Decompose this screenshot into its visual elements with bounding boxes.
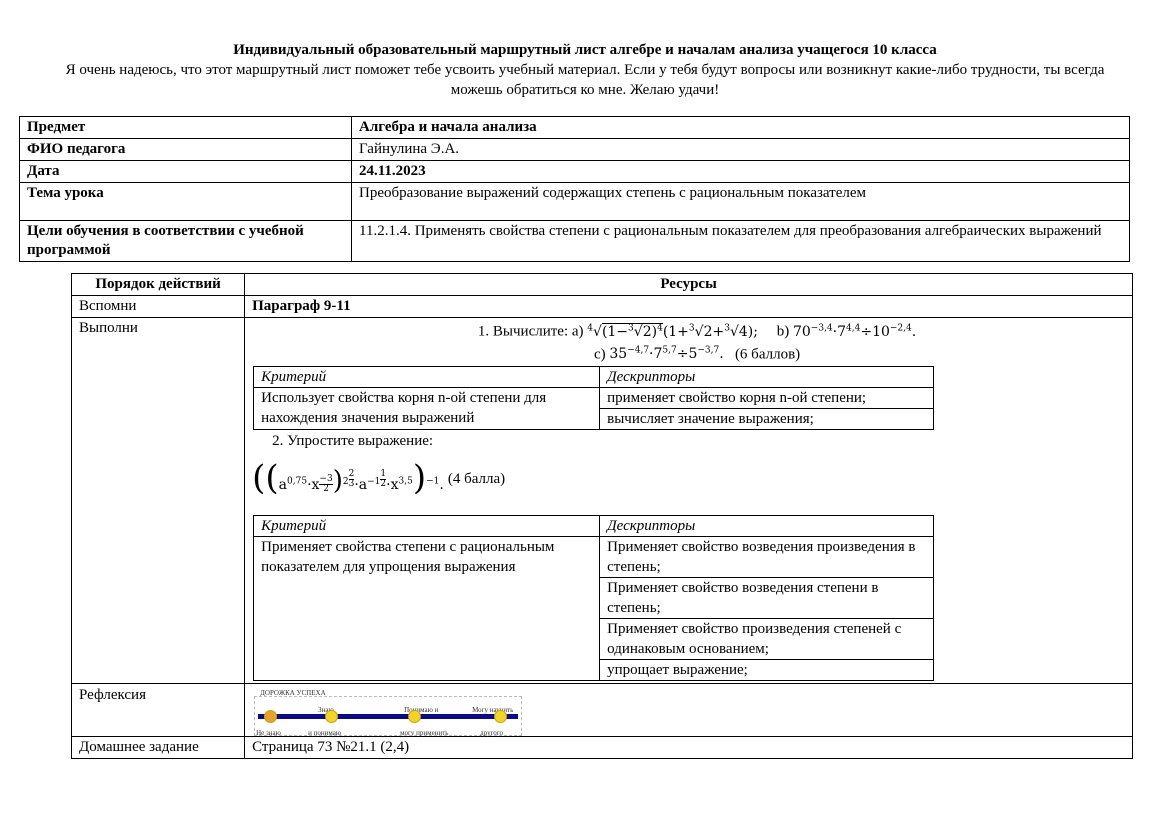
row-resource: Страница 73 №21.1 (2,4) <box>245 737 1133 759</box>
task2-criteria-table: Критерий Дескрипторы Применяет свойства … <box>253 515 934 681</box>
descriptor: упрощает выражение; <box>600 660 934 681</box>
plan-row-reflection: Рефлексия ДОРОЖКА УСПЕХА Знаю Понимаю и … <box>72 684 1133 737</box>
plan-header-resources: Ресурсы <box>245 274 1133 296</box>
criterion: Применяет свойства степени с рациональны… <box>254 537 600 681</box>
descriptor: применяет свойство корня n-ой степени; <box>600 388 934 409</box>
label-dont-know: Не знаю <box>256 724 281 743</box>
tasks-cell: 1. Вычислите: a) 4√(1−3√2)4(1+3√2+3√4); … <box>245 318 1133 684</box>
row-label: Рефлексия <box>72 684 245 737</box>
info-key: Дата <box>20 161 352 183</box>
label-and-understand: и понимаю <box>308 724 341 743</box>
row-label: Домашнее задание <box>72 737 245 759</box>
descriptor: вычисляет значение выражения; <box>600 409 934 430</box>
criteria-header: Критерий <box>254 367 600 388</box>
intro-text: Я очень надеюсь, что этот маршрутный лис… <box>60 60 1110 100</box>
criterion: Использует свойства корня n-ой степени д… <box>254 388 600 430</box>
info-row: ФИО педагога Гайнулина Э.А. <box>20 139 1130 161</box>
plan-header-actions: Порядок действий <box>72 274 245 296</box>
descriptors-header: Дескрипторы <box>600 516 934 537</box>
document-title: Индивидуальный образовательный маршрутны… <box>60 40 1110 60</box>
task1-formula-c: 35−4,7·75,7÷5−3,7. <box>609 346 723 362</box>
info-value: 11.2.1.4. Применять свойства степени с р… <box>352 221 1130 262</box>
task2-formula: ((a0,75·x−32)223·a−112·x3,5)−1. <box>252 463 444 495</box>
row-label: Выполни <box>72 318 245 684</box>
lesson-plan-table: Порядок действий Ресурсы Вспомни Парагра… <box>71 273 1133 759</box>
plan-row-homework: Домашнее задание Страница 73 №21.1 (2,4) <box>72 737 1133 759</box>
success-path-image: ДОРОЖКА УСПЕХА Знаю Понимаю и Могу научи… <box>254 684 522 736</box>
info-row: Цели обучения в соответствии с учебной п… <box>20 221 1130 262</box>
info-key: Цели обучения в соответствии с учебной п… <box>20 221 352 262</box>
info-value: Преобразование выражений содержащих степ… <box>352 183 1130 221</box>
label-other: другого <box>480 724 503 743</box>
info-key: Предмет <box>20 117 352 139</box>
info-value: 24.11.2023 <box>352 161 1130 183</box>
descriptor: Применяет свойство произведения степеней… <box>600 619 934 660</box>
task2-prefix: 2. Упростите выражение: <box>252 432 1102 451</box>
plan-header-row: Порядок действий Ресурсы <box>72 274 1133 296</box>
task1-prefix: 1. Вычислите: a) <box>478 324 584 340</box>
document-header: Индивидуальный образовательный маршрутны… <box>60 40 1110 100</box>
info-value: Гайнулина Э.А. <box>352 139 1130 161</box>
label-can-apply: могу применить <box>400 724 448 743</box>
info-key: ФИО педагога <box>20 139 352 161</box>
row-label: Вспомни <box>72 296 245 318</box>
descriptor: Применяет свойство возведения степени в … <box>600 578 934 619</box>
criteria-header: Критерий <box>254 516 600 537</box>
descriptors-header: Дескрипторы <box>600 367 934 388</box>
reflection-cell: ДОРОЖКА УСПЕХА Знаю Понимаю и Могу научи… <box>245 684 1133 737</box>
task1-b-label: b) <box>777 324 790 340</box>
plan-row-do: Выполни 1. Вычислите: a) 4√(1−3√2)4(1+3√… <box>72 318 1133 684</box>
info-value: Алгебра и начала анализа <box>352 117 1130 139</box>
task1-criteria-table: Критерий Дескрипторы Использует свойства… <box>253 366 934 430</box>
task2-expression: ((a0,75·x−32)223·a−112·x3,5)−1. (4 балла… <box>252 451 1102 507</box>
info-row: Тема урока Преобразование выражений соде… <box>20 183 1130 221</box>
task1-points: (6 баллов) <box>735 346 800 362</box>
task1-formula-a: 4√(1−3√2)4(1+3√2+3√4); <box>587 324 758 340</box>
task2-points: (4 балла) <box>448 470 505 489</box>
descriptor: Применяет свойство возведения произведен… <box>600 537 934 578</box>
info-key: Тема урока <box>20 183 352 221</box>
row-resource: Параграф 9-11 <box>245 296 1133 318</box>
info-table: Предмет Алгебра и начала анализа ФИО пед… <box>19 116 1130 262</box>
info-row: Дата 24.11.2023 <box>20 161 1130 183</box>
task1-c-label: c) <box>594 346 606 362</box>
task1-expression: 1. Вычислите: a) 4√(1−3√2)4(1+3√2+3√4); … <box>252 319 1102 364</box>
label-can-teach: Могу научить <box>472 701 513 720</box>
info-row: Предмет Алгебра и начала анализа <box>20 117 1130 139</box>
task1-formula-b: 70−3,4·74,4÷10−2,4. <box>793 324 916 340</box>
plan-row-recall: Вспомни Параграф 9-11 <box>72 296 1133 318</box>
